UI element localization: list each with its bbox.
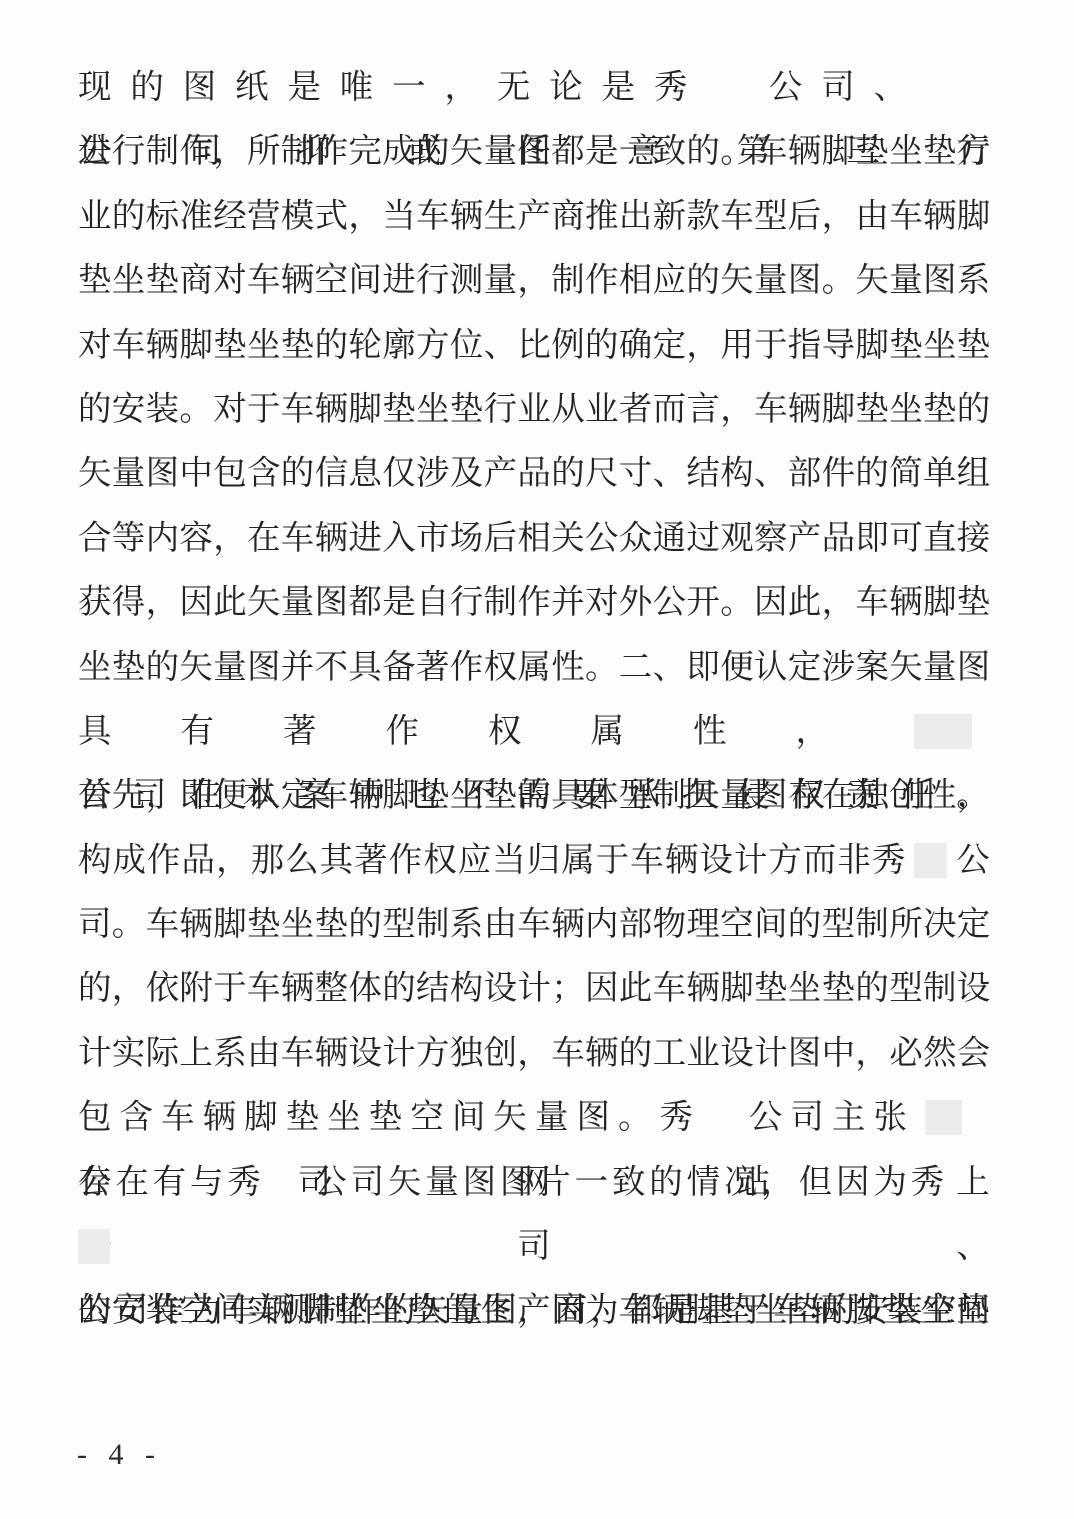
text-segment: 首先，即便认定车辆脚垫坐垫的具体型制矢量图存在独创性，: [78, 777, 991, 814]
text-line: 垫坐垫商对车辆空间进行测量，制作相应的矢量图。矢量图系: [78, 249, 990, 313]
text-segment: 计实际上系由车辆设计方独创，车辆的工业设计图中，必然会: [78, 1035, 991, 1072]
redaction-gap: [962, 1126, 990, 1128]
redaction-gap: [706, 96, 750, 98]
text-segment: 存在有与秀: [78, 1164, 265, 1201]
page-number: - 4 -: [77, 1438, 162, 1472]
redaction-gap: [915, 1126, 925, 1128]
text-line: 存在有与秀公司矢量图图片一致的情况，但因为秀公司、: [78, 1151, 990, 1215]
text-line: 进行制作，所制作完成的矢量图都是一致的。车辆脚垫坐垫行: [78, 120, 990, 184]
text-segment: 包含车辆脚垫坐垫空间矢量图。秀: [78, 1099, 701, 1136]
redaction-gap: [898, 740, 914, 742]
text-line: 合等内容，在车辆进入市场后相关公众通过观察产品即可直接: [78, 507, 990, 571]
text-segment: 业的标准经营模式，当车辆生产商推出新款车型后，由车辆脚: [78, 198, 991, 235]
redaction-box: [78, 1229, 110, 1264]
text-segment: 的安装空间实测制作的矢量图，因为车辆脚垫坐垫的安装空间: [78, 1292, 991, 1329]
text-line: 计实际上系由车辆设计方独创，车辆的工业设计图中，必然会: [78, 1022, 990, 1086]
text-segment: 公司主张: [741, 1099, 915, 1136]
text-segment: 具有著作权属性，: [78, 713, 898, 750]
document-page: 现的图纸是唯一，无论是秀公司、公司抑或任意第三方进行制作，所制作完成的矢量图都是…: [0, 0, 1074, 1519]
redaction-gap: [926, 96, 990, 98]
redaction-box: [925, 1100, 962, 1135]
text-segment: 获得，因此矢量图都是自行制作并对外公开。因此，车辆脚垫: [78, 584, 991, 621]
text-segment: 进行制作，所制作完成的矢量图都是一致的。车辆脚垫坐垫行: [78, 133, 991, 170]
text-segment: 矢量图中包含的信息仅涉及产品的尺寸、结构、部件的简单组: [78, 455, 991, 492]
text-line: 的安装空间实测制作的矢量图，因为车辆脚垫坐垫的安装空间: [78, 1279, 990, 1343]
text-line: 首先，即便认定车辆脚垫坐垫的具体型制矢量图存在独创性，: [78, 764, 990, 828]
text-segment: 公: [955, 842, 990, 879]
text-line: 对车辆脚垫坐垫的轮廓方位、比例的确定，用于指导脚垫坐垫: [78, 314, 990, 378]
text-segment: 合等内容，在车辆进入市场后相关公众通过观察产品即可直接: [78, 520, 991, 557]
text-segment: 公司、: [78, 1228, 990, 1265]
redaction-gap: [110, 1255, 148, 1257]
redaction-gap: [265, 1191, 310, 1193]
text-segment: 垫坐垫商对车辆空间进行测量，制作相应的矢量图。矢量图系: [78, 262, 991, 299]
text-line: 的，依附于车辆整体的结构设计；因此车辆脚垫坐垫的型制设: [78, 957, 990, 1021]
text-line: 现的图纸是唯一，无论是秀公司、公司抑或任意第三方: [78, 56, 990, 120]
text-line: 矢量图中包含的信息仅涉及产品的尺寸、结构、部件的简单组: [78, 442, 990, 506]
text-line: 业的标准经营模式，当车辆生产商推出新款车型后，由车辆脚: [78, 185, 990, 249]
text-segment: 公司矢量图图片一致的情况，但因为秀: [310, 1164, 948, 1201]
text-segment: 坐垫的矢量图并不具备著作权属性。二、即便认定涉案矢量图: [78, 649, 991, 686]
text-segment: 现的图纸是唯一，无论是秀: [78, 69, 706, 106]
redaction-gap: [701, 1126, 741, 1128]
redaction-gap: [948, 1191, 990, 1193]
text-line: 的安装。对于车辆脚垫坐垫行业从业者而言，车辆脚垫坐垫的: [78, 378, 990, 442]
text-line: 司。车辆脚垫坐垫的型制系由车辆内部物理空间的型制所决定: [78, 893, 990, 957]
text-segment: 构成作品，那么其著作权应当归属于车辆设计方而非秀: [78, 842, 906, 879]
text-line: 获得，因此矢量图都是自行制作并对外公开。因此，车辆脚垫: [78, 571, 990, 635]
document-body: 现的图纸是唯一，无论是秀公司、公司抑或任意第三方进行制作，所制作完成的矢量图都是…: [78, 56, 990, 1344]
text-line: 具有著作权属性，公司在本案中也不需要承担侵权责任。: [78, 700, 990, 764]
text-segment: 的，依附于车辆整体的结构设计；因此车辆脚垫坐垫的型制设: [78, 970, 991, 1007]
text-segment: 的安装。对于车辆脚垫坐垫行业从业者而言，车辆脚垫坐垫的: [78, 391, 991, 428]
text-line: 构成作品，那么其著作权应当归属于车辆设计方而非秀公: [78, 829, 990, 893]
redaction-box: [914, 843, 947, 878]
redaction-gap: [906, 869, 914, 871]
text-segment: 司。车辆脚垫坐垫的型制系由车辆内部物理空间的型制所决定: [78, 906, 991, 943]
text-segment: 对车辆脚垫坐垫的轮廓方位、比例的确定，用于指导脚垫坐垫: [78, 327, 991, 364]
redaction-box: [914, 714, 972, 749]
text-line: 包含车辆脚垫坐垫空间矢量图。秀公司主张公司网站上: [78, 1086, 990, 1150]
text-line: 坐垫的矢量图并不具备著作权属性。二、即便认定涉案矢量图: [78, 636, 990, 700]
text-segment: 公司、: [750, 69, 926, 106]
redaction-gap: [972, 740, 990, 742]
